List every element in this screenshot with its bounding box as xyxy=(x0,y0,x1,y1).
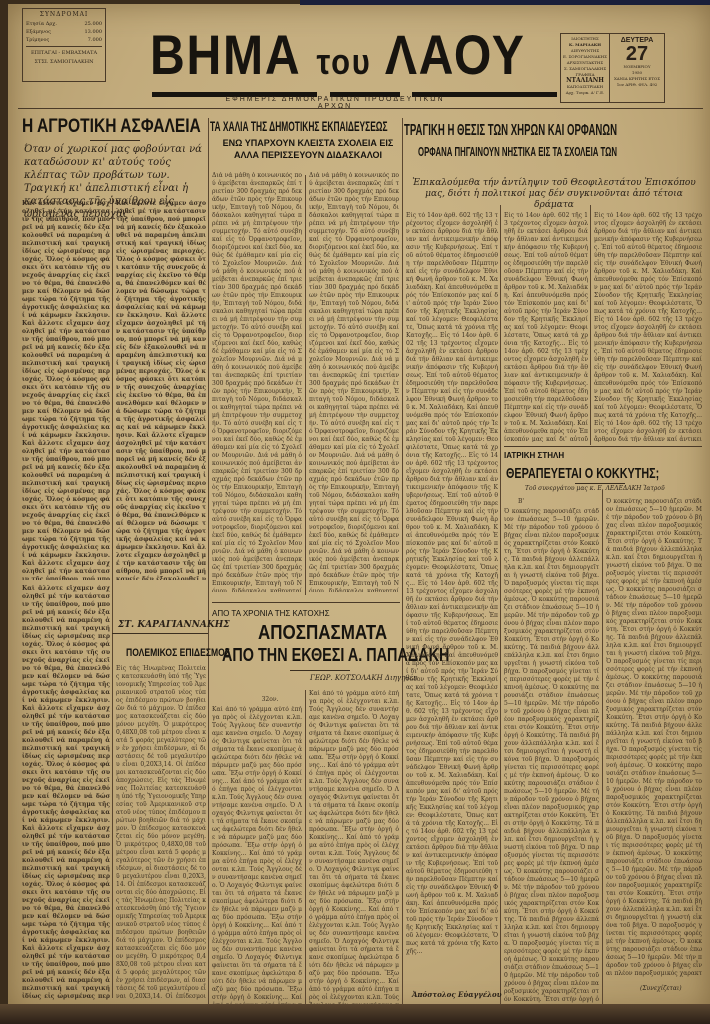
issue-date: ΔΕΥΤΕΡΑ 27 ΝΟΕΜΒΡΙΟΥ 1950 ΧΑΝΙΑ ΚΡΗΤΗΣ Ε… xyxy=(610,34,664,102)
kicker: ΑΠΟ ΤΑ ΧΡΟΝΙΑ ΤΗΣ ΚΑΤΟΧΗΣ xyxy=(212,609,352,618)
divider xyxy=(26,46,102,47)
subscription-box: ΣΥΝΔΡΟΜΑΙ Ετησία Δρχ.25.000 Εξάμηνος13.0… xyxy=(22,8,106,82)
section-divider xyxy=(212,602,400,603)
subheadline: ΟΡΦΑΝΑ ΠΗΓΑΙΝΟΥΝ ΝΗΣΤΙΚΑ ΕΙΣ ΤΑ ΣΧΟΛΕΙΑ … xyxy=(418,144,617,159)
background-edge xyxy=(0,1004,710,1024)
issue-info: ΧΑΝΙΑ ΚΡΗΤΗΣ ΕΤΟΣ 1ον ΑΡΙΘ. ΦΥΛ. 492 xyxy=(610,76,664,88)
article-body: Διά νά μάθη ὁ κοινωνικός πού ἀμείβεται ἀ… xyxy=(212,172,302,592)
date-imprint-box: ΙΔΙΟΚΤΗΤΗΣ Κ. ΜΑΡΙΔΑΚΗ ΔΙΕΥΘΥΝΤΗΣ Ε. ΣΟΡ… xyxy=(560,33,665,103)
article-body: Εἰς τό 14ον ἀρθ. 602 τῆς 13 τρέχοντος εἴ… xyxy=(406,212,498,1002)
column-rule xyxy=(590,205,591,445)
article-byline: ΓΕΩΡ. ΚΟΤΣΟΛΑΚΗ Διηγηθέν xyxy=(310,674,418,682)
divider xyxy=(112,633,208,634)
headline: Η ΑΓΡΟΤΙΚΗ ΑΣΦΑΛΕΙΑ xyxy=(22,116,201,138)
article-byline: Τοῦ συνεργάτου μας κ. Ε. ΛΕΛΕΔΑΚΗ Ἰατροῦ xyxy=(525,485,665,492)
background-object xyxy=(300,0,710,5)
masthead-divider xyxy=(18,108,703,109)
article-body: Εἰς τάς Ἡνωμένας Πολιτείας κατεσκευάσθη … xyxy=(116,665,206,1000)
section-divider xyxy=(504,446,702,447)
article-body: Ὁ κοκκύτης παρουσιάζει στάδιον ἐπωάσεως … xyxy=(504,508,599,1003)
imprint: ΙΔΙΟΚΤΗΤΗΣ Κ. ΜΑΡΙΔΑΚΗ ΔΙΕΥΘΥΝΤΗΣ Ε. ΣΟΡ… xyxy=(561,34,610,102)
column-rule xyxy=(602,490,603,1010)
article-body: Εἰς τό 14ον ἀρθ. 602 τῆς 13 τρέχοντος εἴ… xyxy=(504,212,588,442)
date-number: 27 xyxy=(610,44,664,64)
headline: ΑΠΟΣΠΑΣΜΑΤΑ xyxy=(258,622,387,645)
article-signature: ΣΤ. ΚΑΡΑΓΙΑΝΝΑΚΗΣ xyxy=(118,620,230,630)
article-body: Καὶ ἄλλοτε εἴχαμεν ἀσχοληθεῖ μέ τήν κατά… xyxy=(22,200,110,580)
divider xyxy=(290,670,350,671)
column-rule xyxy=(112,198,113,998)
subscription-row: Εξάμηνος13.000 xyxy=(26,28,102,36)
headline: ΘΕΡΑΠΕΥΕΤΑΙ Ο ΚΟΚΚΥΤΗΣ; xyxy=(506,465,659,482)
divider xyxy=(575,483,625,484)
headline: ΠΟΛΕΜΙΚΟΣ ΕΠΙΔΕΣΜΟΣ xyxy=(126,647,230,659)
section-mark: Β' xyxy=(518,498,538,508)
section-mark: 32ον. xyxy=(250,696,290,706)
article-body: Διά νά μάθη ὁ κοινωνικός πού ἀμείβεται ἀ… xyxy=(309,172,399,592)
subscription-footer: ΕΠΙΤΑΓΑΙ - ΕΜΒΑΣΜΑΤΑ xyxy=(26,49,102,58)
article-body: Ὁ κοκκύτης παρουσιάζει στάδιον ἐπωάσεως … xyxy=(606,498,702,978)
column-rule xyxy=(305,690,306,1006)
article-body: Καί ἀπό τό γράμμα αὐτό ἐπήγα πρὸς οἱ ἐλέ… xyxy=(309,690,399,1006)
column-rule xyxy=(305,175,306,595)
subscription-footer: ΣΤΣΙ. ΣΑΜΙΟΓΙΑΛΚΗΝ xyxy=(26,58,102,67)
kicker: ΙΑΤΡΙΚΗ ΣΤΗΛΗ xyxy=(504,451,604,460)
column-rule xyxy=(500,205,501,1005)
subheadline: ΕΝΩ ΥΠΑΡΧΟΥΝ ΚΛΕΙΣΤΑ ΣΧΟΛΕΙΑ ΕΙΣ ΑΛΛΑ ΠΕ… xyxy=(214,137,402,161)
article-body: Καὶ ἄλλοτε εἴχαμεν ἀσχοληθεῖ μέ τήν κατά… xyxy=(22,585,110,1000)
article-body: Καί ἀπό τό γράμμα αὐτό ἐπήγα πρὸς οἱ ἐλέ… xyxy=(212,706,302,1006)
subscription-title: ΣΥΝΔΡΟΜΑΙ xyxy=(26,11,102,18)
headline: ΤΡΑΓΙΚΗ Η ΘΕΣΙΣ ΤΩΝ ΧΗΡΩΝ ΚΑΙ ΟΡΦΑΝΩΝ xyxy=(404,122,617,140)
continued-note: (Συνεχίζεται) xyxy=(640,985,682,992)
subscription-row: Τρίμηνος7.000 xyxy=(26,36,102,44)
article-body: Εἰς τό 14ον ἀρθ. 602 τῆς 13 τρέχοντος εἴ… xyxy=(594,212,702,442)
headline: ΤΑ ΧΑΛΙΑ ΤΗΣ ΔΗΜΟΤΙΚΗΣ ΕΚΠΑΙΔΕΥΣΕΩΣ xyxy=(210,118,388,134)
column-rule xyxy=(402,118,403,1008)
newspaper-title: ΒΗΜΑ του ΛΑΟΥ xyxy=(150,22,503,87)
divider xyxy=(90,140,140,141)
subscription-row: Ετησία Δρχ.25.000 xyxy=(26,20,102,28)
article-lead: Ἐπικαλούμεθα τήν ἀντίληψιν τοῦ Θεοφιλεστ… xyxy=(404,178,704,211)
article-signature: Ἀπόστολος Εὐαγγέλου xyxy=(412,990,502,999)
article-body: Καὶ ἄλλοτε εἴχαμεν ἀσχοληθεῖ μέ τήν κατά… xyxy=(116,200,206,580)
column-rule xyxy=(208,118,209,1008)
